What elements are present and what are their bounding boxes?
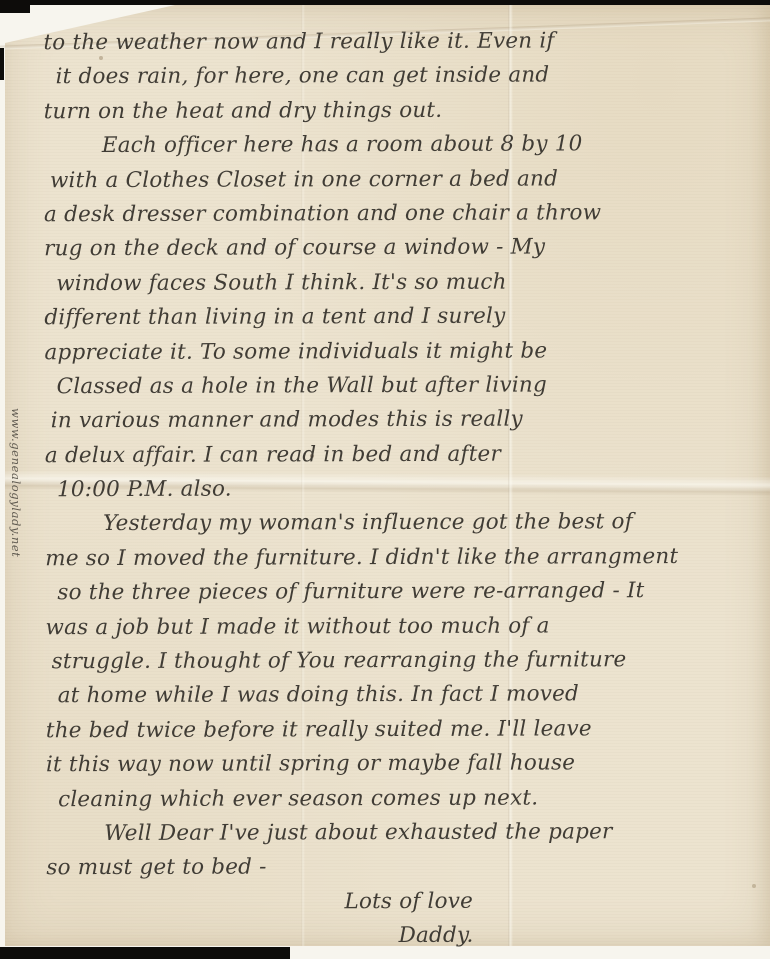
scanned-letter-page: to the weather now and I really like it.… [0,0,770,959]
letter-line: with a Clothes Closet in one corner a be… [50,161,755,198]
letter-closing: Lots of love [52,884,757,921]
letter-line: so must get to bed - [46,849,757,886]
scanner-edge-left [0,48,4,80]
handwritten-letter-body: to the weather now and I really like it.… [43,24,757,955]
letter-line: Well Dear I've just about exhausted the … [46,815,757,852]
letter-line: the bed twice before it really suited me… [46,712,757,749]
letter-line: Each officer here has a room about 8 by … [44,127,755,164]
letter-line: in various manner and modes this is real… [51,402,756,439]
scanner-edge-top-left [0,0,30,13]
watermark-text: www.genealogylady.net [9,408,23,557]
letter-line: Classed as a hole in the Wall but after … [57,368,756,405]
letter-line: at home while I was doing this. In fact … [58,677,757,714]
letter-line: 10:00 P.M. also. [57,471,756,508]
scanner-edge-bottom-left [0,947,290,959]
letter-line: it does rain, for here, one can get insi… [56,58,755,95]
letter-line: a desk dresser combination and one chair… [44,196,755,233]
letter-line: was a job but I made it without too much… [45,608,756,645]
letter-line: it this way now until spring or maybe fa… [46,746,757,783]
letter-line: window faces South I think. It's so much [56,264,755,301]
letter-line: cleaning which ever season comes up next… [58,780,757,817]
letter-line: a delux affair. I can read in bed and af… [45,436,756,473]
letter-line: Yesterday my woman's influence got the b… [45,505,756,542]
letter-line: rug on the deck and of course a window -… [44,230,755,267]
letter-line: different than living in a tent and I su… [44,299,755,336]
letter-line: struggle. I thought of You rearranging t… [52,643,757,680]
letter-line: to the weather now and I really like it.… [43,24,754,61]
letter-line: turn on the heat and dry things out. [44,93,755,130]
letter-line: me so I moved the furniture. I didn't li… [45,540,756,577]
letter-line: appreciate it. To some individuals it mi… [44,333,755,370]
letter-paper: to the weather now and I really like it.… [5,5,770,946]
letter-line: so the three pieces of furniture were re… [57,574,756,611]
scanner-edge-top [0,0,770,5]
